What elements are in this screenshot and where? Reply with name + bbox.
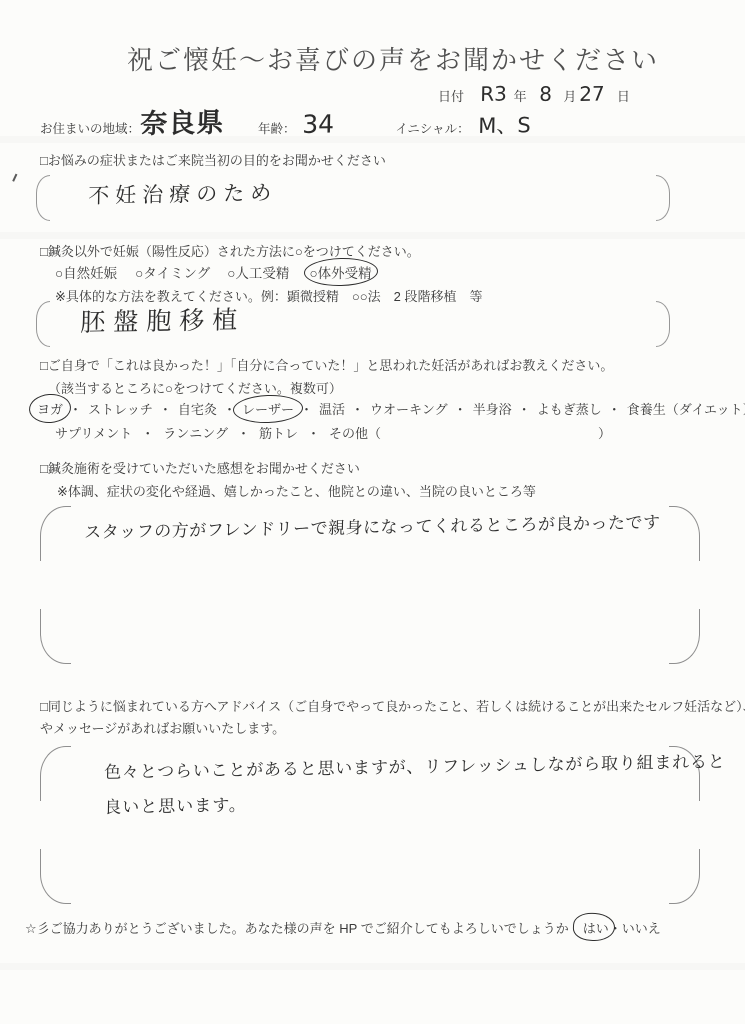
option-diet: 食養生（ダイエット） xyxy=(627,399,745,418)
option-separator: ・ xyxy=(141,423,154,442)
option-separator: ・ xyxy=(69,399,82,418)
q3-header: □ご自身で「これは良かった！」「自分に合っていた！」と思われた妊活があればお教え… xyxy=(40,355,613,374)
region-value-handwritten: 奈良県 xyxy=(140,101,225,141)
option-separator: ・ xyxy=(454,399,467,418)
bracket-corner-top-left xyxy=(36,175,50,199)
option-yoga-circled: ヨガ xyxy=(37,399,63,419)
option-stretch: ストレッチ xyxy=(88,399,153,418)
option-laser-circled: レーザー xyxy=(242,399,294,419)
option-separator: ・ xyxy=(237,423,250,442)
q3-options-row2: サプリメント ・ ランニング ・ 筋トレ ・ その他（ xyxy=(55,423,381,442)
bracket-corner-bottom-left xyxy=(40,849,71,904)
q5-answer-line2-handwritten: 良いと思います。 xyxy=(104,790,247,818)
profile-line: お住まいの地域： 奈良県 年齢： 34 イニシャル： M、S xyxy=(40,102,530,141)
option-separator: ・ xyxy=(159,399,172,418)
scan-artifact-band xyxy=(0,232,745,239)
bracket-corner-top-left xyxy=(40,746,71,801)
bracket-corner-bottom-right xyxy=(669,849,700,904)
option-muscle-training: 筋トレ xyxy=(259,423,298,442)
page-title: 祝ご懐妊～お喜びの声をお聞かせください xyxy=(127,40,659,77)
q4-subheader: ※体調、症状の変化や経過、嬉しかったこと、他院との違い、当院の良いところ等 xyxy=(57,481,536,500)
footer-dot: ・ xyxy=(609,918,622,937)
age-value-handwritten: 34 xyxy=(302,109,334,139)
option-separator: ・ xyxy=(518,399,531,418)
date-month-handwritten: 8 xyxy=(539,82,552,106)
footer-text: ☆彡ご協力ありがとうございました。あなた様の声を HP でご紹介してもよろしいで… xyxy=(25,918,569,937)
q3-options-row1: ヨガ ・ ストレッチ ・ 自宅灸 ・ レーザー ・ 温活 ・ ウオーキング ・ … xyxy=(37,399,745,419)
stray-pen-mark xyxy=(13,174,18,182)
option-ivf-circled: ○体外受精 xyxy=(309,262,371,283)
scanned-questionnaire-page: 祝ご懐妊～お喜びの声をお聞かせください 日付 R3 年 8 月 27 日 お住ま… xyxy=(0,0,745,1024)
footer-yes-circled: はい xyxy=(583,918,609,938)
footer-no-label: いいえ xyxy=(622,918,661,937)
age-label: 年齢： xyxy=(258,119,296,137)
q5-header-line1: □同じように悩まれている方へアドバイス（ご自身でやって良かったこと、若しくは続け… xyxy=(40,696,745,715)
bracket-corner-bottom-right xyxy=(656,197,670,221)
option-yoga-label: ヨガ xyxy=(37,402,63,417)
scan-artifact-band xyxy=(0,963,745,970)
option-walking: ウオーキング xyxy=(370,399,448,418)
option-separator: ・ xyxy=(307,423,320,442)
option-ivf-label: ○体外受精 xyxy=(309,266,371,281)
option-separator: ・ xyxy=(608,399,621,418)
initials-value-handwritten: M、S xyxy=(478,109,531,140)
option-home-moxibustion: 自宅灸 xyxy=(178,399,217,418)
q2-options-row: ○自然妊娠 ○タイミング ○人工受精 ○体外受精 xyxy=(55,262,372,283)
option-separator: ・ xyxy=(351,399,364,418)
q4-header: □鍼灸施術を受けていただいた感想をお聞かせください xyxy=(40,458,360,477)
option-separator: ・ xyxy=(223,399,236,418)
option-timing: ○タイミング xyxy=(135,262,210,282)
q1-header: □お悩みの症状またはご来院当初の目的をお聞かせください xyxy=(40,150,386,169)
option-natural-pregnancy: ○自然妊娠 xyxy=(55,262,117,282)
bracket-corner-bottom-right xyxy=(656,323,670,347)
bracket-corner-top-left xyxy=(40,506,71,561)
q1-answer-handwritten: 不妊治療のため xyxy=(88,177,277,210)
bracket-corner-top-right xyxy=(656,175,670,199)
option-laser-label: レーザー xyxy=(242,402,294,417)
option-supplement: サプリメント xyxy=(55,423,132,442)
bracket-corner-top-left xyxy=(36,301,50,325)
q2-header: □鍼灸以外で妊娠（陽性反応）された方法に○をつけてください。 xyxy=(40,241,420,260)
bracket-corner-top-right xyxy=(669,506,700,561)
region-label: お住まいの地域： xyxy=(40,119,140,137)
option-separator: ・ xyxy=(300,399,313,418)
option-half-bath: 半身浴 xyxy=(473,399,512,418)
footer-yes-label: はい xyxy=(583,921,609,936)
option-onkatsu: 温活 xyxy=(319,399,345,418)
q3-subheader: （該当するところに○をつけてください。複数可） xyxy=(48,378,342,397)
q2-answer-handwritten: 胚盤胞移植 xyxy=(80,300,246,339)
option-other-open-paren: その他（ xyxy=(329,423,381,442)
bracket-corner-bottom-right xyxy=(669,609,700,664)
option-yomogi-steam: よもぎ蒸し xyxy=(537,399,602,418)
bracket-corner-bottom-left xyxy=(40,609,71,664)
date-day-suffix: 日 xyxy=(617,86,630,105)
option-other-close-paren: ） xyxy=(598,423,611,442)
option-running: ランニング xyxy=(163,423,228,442)
initials-label: イニシャル： xyxy=(395,119,469,137)
date-month-suffix: 月 xyxy=(563,86,576,105)
date-day-handwritten: 27 xyxy=(579,82,605,106)
q5-header-line2: やメッセージがあればお願いいたします。 xyxy=(40,718,285,737)
footer-line: ☆彡ご協力ありがとうございました。あなた様の声を HP でご紹介してもよろしいで… xyxy=(25,918,661,938)
bracket-corner-bottom-left xyxy=(36,197,50,221)
bracket-corner-top-right xyxy=(656,301,670,325)
option-artificial-insemination: ○人工受精 xyxy=(227,262,289,282)
bracket-corner-bottom-left xyxy=(36,323,50,347)
